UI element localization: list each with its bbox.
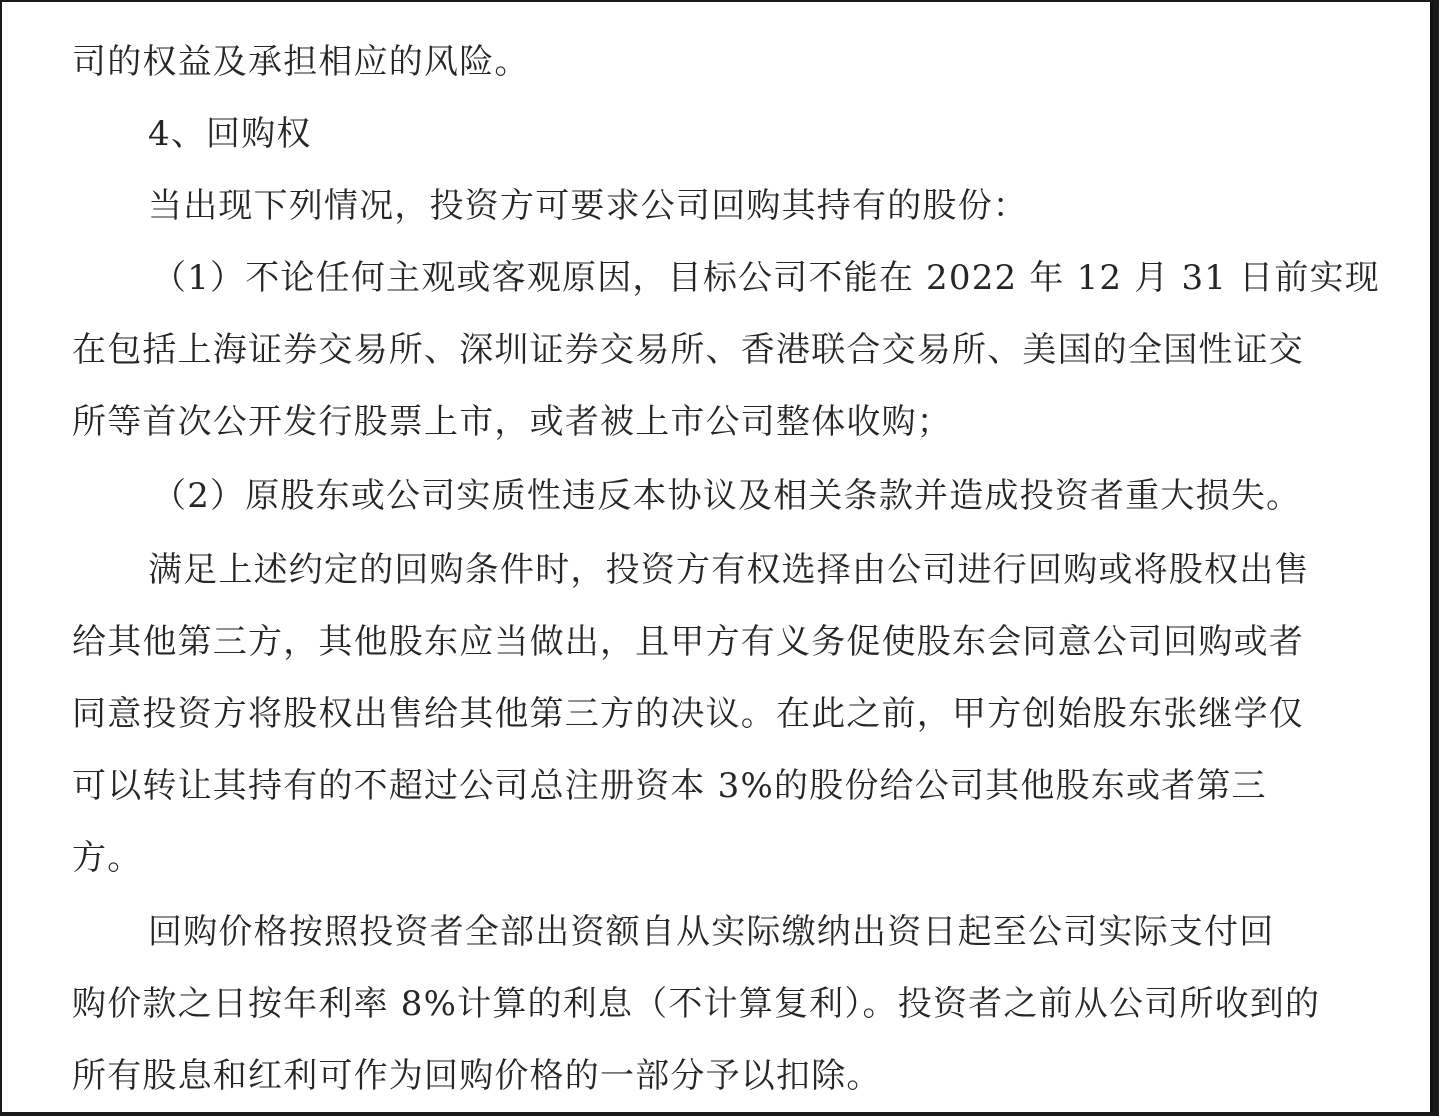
paragraph-repurchase-conditions-line-5: 方。 (72, 838, 142, 878)
section-heading-repurchase-right: 4、回购权 (148, 114, 312, 154)
paragraph-line-tail: 司的权益及承担相应的风险。 (72, 42, 530, 82)
paragraph-repurchase-conditions-line-3: 同意投资方将股权出售给其他第三方的决议。在此之前，甲方创始股东张继学仅 (72, 694, 1304, 734)
paragraph-line-conditions-intro: 当出现下列情况，投资方可要求公司回购其持有的股份： (148, 186, 1028, 226)
paragraph-repurchase-price-line-3: 所有股息和红利可作为回购价格的一部分予以扣除。 (72, 1056, 882, 1096)
clause-2-line-1: （2）原股东或公司实质性违反本协议及相关条款并造成投资者重大损失。 (152, 476, 1301, 516)
paragraph-repurchase-conditions-line-1: 满足上述约定的回购条件时，投资方有权选择由公司进行回购或将股权出售 (148, 550, 1310, 590)
document-page: 司的权益及承担相应的风险。 4、回购权 当出现下列情况，投资方可要求公司回购其持… (2, 2, 1433, 1112)
clause-1-line-1: （1）不论任何主观或客观原因，目标公司不能在 2022 年 12 月 31 日前… (152, 258, 1380, 298)
clause-1-line-2: 在包括上海证券交易所、深圳证券交易所、香港联合交易所、美国的全国性证交 (72, 330, 1304, 370)
paragraph-repurchase-conditions-line-2: 给其他第三方，其他股东应当做出，且甲方有义务促使股东会同意公司回购或者 (72, 622, 1304, 662)
paragraph-repurchase-conditions-line-4: 可以转让其持有的不超过公司总注册资本 3%的股份给公司其他股东或者第三 (72, 766, 1267, 806)
paragraph-repurchase-price-line-2: 购价款之日按年利率 8%计算的利息（不计算复利）。投资者之前从公司所收到的 (72, 984, 1320, 1024)
clause-1-line-3: 所等首次公开发行股票上市，或者被上市公司整体收购； (72, 402, 952, 442)
paragraph-repurchase-price-line-1: 回购价格按照投资者全部出资额自从实际缴纳出资日起至公司实际支付回 (148, 912, 1274, 952)
